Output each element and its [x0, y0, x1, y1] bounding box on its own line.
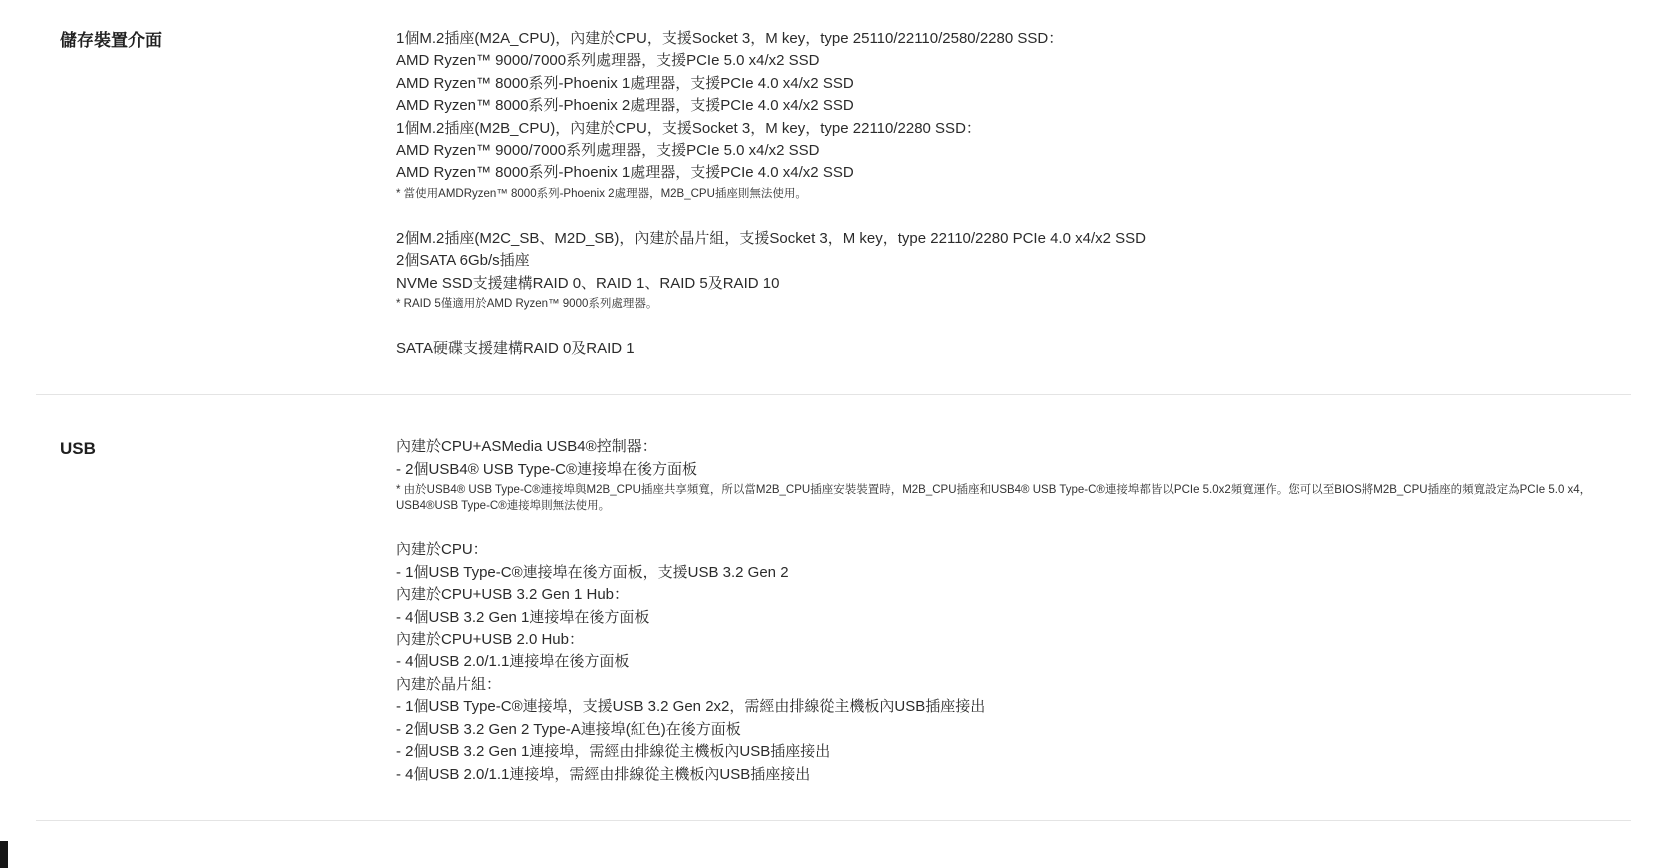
- spec-text-line: AMD Ryzen™ 9000/7000系列處理器，支援PCIe 5.0 x4/…: [396, 50, 1631, 72]
- spec-text-line: 內建於CPU+USB 2.0 Hub：: [396, 629, 1631, 651]
- spec-spacer: [396, 517, 1631, 539]
- spec-text-line: - 4個USB 2.0/1.1連接埠在後方面板: [396, 651, 1631, 673]
- spec-text-line: 2個M.2插座(M2C_SB、M2D_SB)，內建於晶片組，支援Socket 3…: [396, 228, 1631, 250]
- spec-note-line: * 由於USB4® USB Type-C®連接埠與M2B_CPU插座共享頻寬，所…: [396, 481, 1631, 517]
- spec-text-line: - 2個USB 3.2 Gen 2 Type-A連接埠(紅色)在後方面板: [396, 719, 1631, 741]
- spec-text-line: 內建於晶片組：: [396, 674, 1631, 696]
- spec-text-line: AMD Ryzen™ 8000系列-Phoenix 2處理器，支援PCIe 4.…: [396, 95, 1631, 117]
- spec-note-line: * RAID 5僅適用於AMD Ryzen™ 9000系列處理器。: [396, 295, 1631, 316]
- spec-spacer: [396, 315, 1631, 337]
- spec-text-line: NVMe SSD支援建構RAID 0、RAID 1、RAID 5及RAID 10: [396, 273, 1631, 295]
- section-label: USB: [60, 436, 396, 461]
- spec-section-storage: 儲存裝置介面 1個M.2插座(M2A_CPU)，內建於CPU，支援Socket …: [36, 0, 1631, 395]
- spec-note-line: * 當使用AMDRyzen™ 8000系列-Phoenix 2處理器，M2B_C…: [396, 185, 1631, 206]
- spec-text-line: 1個M.2插座(M2A_CPU)，內建於CPU，支援Socket 3，M key…: [396, 28, 1631, 50]
- spec-text-line: - 2個USB4® USB Type-C®連接埠在後方面板: [396, 459, 1631, 481]
- spec-text-line: 內建於CPU：: [396, 539, 1631, 561]
- spec-table: 儲存裝置介面 1個M.2插座(M2A_CPU)，內建於CPU，支援Socket …: [0, 0, 1667, 821]
- spec-section-usb: USB 內建於CPU+ASMedia USB4®控制器：- 2個USB4® US…: [36, 395, 1631, 821]
- spec-text-line: 內建於CPU+USB 3.2 Gen 1 Hub：: [396, 584, 1631, 606]
- spec-text-line: - 2個USB 3.2 Gen 1連接埠，需經由排線從主機板內USB插座接出: [396, 741, 1631, 763]
- spec-text-line: SATA硬碟支援建構RAID 0及RAID 1: [396, 338, 1631, 360]
- spec-text-line: - 1個USB Type-C®連接埠，支援USB 3.2 Gen 2x2，需經由…: [396, 696, 1631, 718]
- spec-text-line: 內建於CPU+ASMedia USB4®控制器：: [396, 436, 1631, 458]
- spec-text-line: AMD Ryzen™ 9000/7000系列處理器，支援PCIe 5.0 x4/…: [396, 140, 1631, 162]
- bottom-left-edge-bar: [0, 841, 8, 868]
- spec-text-line: - 4個USB 3.2 Gen 1連接埠在後方面板: [396, 607, 1631, 629]
- section-content: 內建於CPU+ASMedia USB4®控制器：- 2個USB4® USB Ty…: [396, 436, 1631, 786]
- spec-text-line: AMD Ryzen™ 8000系列-Phoenix 1處理器，支援PCIe 4.…: [396, 73, 1631, 95]
- spec-text-line: 2個SATA 6Gb/s插座: [396, 250, 1631, 272]
- spec-text-line: - 1個USB Type-C®連接埠在後方面板，支援USB 3.2 Gen 2: [396, 562, 1631, 584]
- spec-spacer: [396, 205, 1631, 227]
- section-label: 儲存裝置介面: [60, 28, 396, 53]
- spec-text-line: 1個M.2插座(M2B_CPU)，內建於CPU，支援Socket 3，M key…: [396, 118, 1631, 140]
- section-content: 1個M.2插座(M2A_CPU)，內建於CPU，支援Socket 3，M key…: [396, 28, 1631, 360]
- spec-text-line: - 4個USB 2.0/1.1連接埠，需經由排線從主機板內USB插座接出: [396, 764, 1631, 786]
- spec-text-line: AMD Ryzen™ 8000系列-Phoenix 1處理器，支援PCIe 4.…: [396, 162, 1631, 184]
